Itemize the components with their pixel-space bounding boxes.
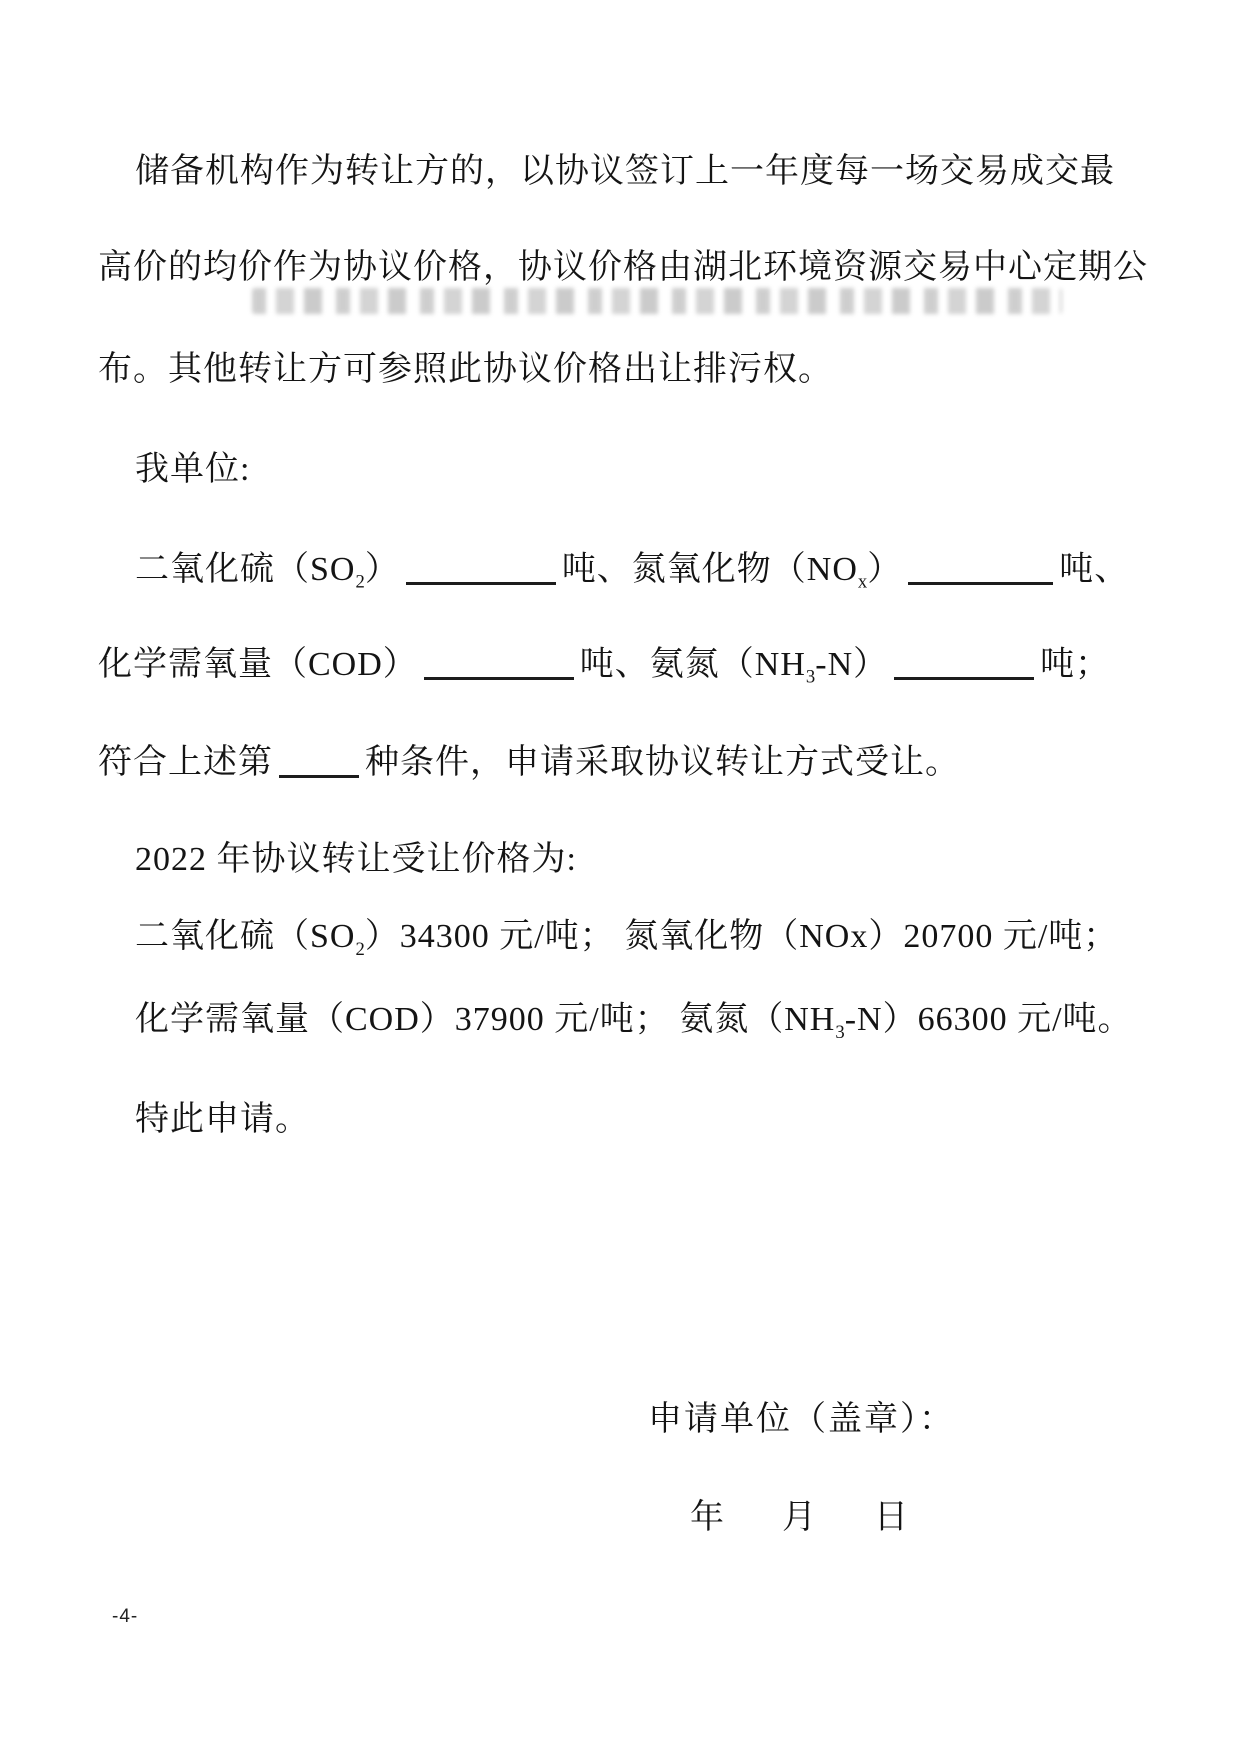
so2-subscript: 2 — [355, 572, 364, 593]
quota-nox-paren: ） — [867, 551, 902, 588]
quota-so2-paren: ） — [365, 551, 400, 588]
price-so2-text: 二氧化硫（SO — [135, 918, 355, 955]
closing-line: 特此申请。 — [135, 1100, 310, 1140]
price-cod-text: 化学需氧量（COD）37900 元/吨； 氨氮（NH — [135, 1001, 835, 1038]
quota-nox-text: 吨、氮氧化物（NO — [562, 551, 858, 588]
month-label: 月 — [782, 1489, 816, 1538]
paragraph1-line3: 布。其他转让方可参照此协议价格出让排污权。 — [98, 350, 833, 390]
price-so2-nox-values: ）34300 元/吨； 氮氧化物（NOx）20700 元/吨； — [365, 918, 1119, 955]
paragraph1-line1: 储备机构作为转让方的，以协议签订上一年度每一场交易成交最 — [135, 152, 1115, 192]
page-number: -4- — [112, 1606, 138, 1628]
fill-in-blank-condition-number — [279, 746, 359, 778]
fill-in-blank-cod-tons — [424, 648, 574, 680]
quota-line-so2-nox: 二氧化硫（SO2）吨、氮氧化物（NOx）吨、 — [135, 548, 1129, 590]
quota-nh3n-unit: 吨； — [1040, 646, 1110, 683]
price-line-so2-nox: 二氧化硫（SO2）34300 元/吨； 氮氧化物（NOx）20700 元/吨； — [135, 917, 1118, 957]
quota-nh3n-paren: -N） — [815, 646, 888, 683]
fill-in-blank-nh3n-tons — [894, 648, 1034, 680]
applicant-unit-seal-label: 申请单位（盖章）： — [648, 1391, 955, 1440]
quota-cod-text: 化学需氧量（COD） — [98, 646, 418, 683]
quota-line-cod-nh3n: 化学需氧量（COD）吨、氨氮（NH3-N）吨； — [98, 643, 1110, 685]
price-nh3n-values: -N）66300 元/吨。 — [845, 1001, 1133, 1038]
quota-nox-unit: 吨、 — [1059, 551, 1129, 588]
year-label: 年 — [690, 1489, 724, 1538]
paragraph1-line2: 高价的均价作为协议价格，协议价格由湖北环境资源交易中心定期公 — [98, 248, 1148, 288]
price-intro-line: 2022 年协议转让受让价格为: — [135, 840, 577, 880]
fill-in-blank-nox-tons — [908, 553, 1053, 585]
ink-bleedthrough-artifact — [252, 288, 1062, 314]
nox-subscript: x — [858, 572, 867, 593]
date-line: 年 月 日 — [690, 1489, 908, 1538]
quota-nh3n-text: 吨、氨氮（NH — [580, 646, 806, 683]
condition-line: 符合上述第种条件，申请采取协议转让方式受让。 — [98, 741, 960, 783]
quota-so2-text: 二氧化硫（SO — [135, 551, 355, 588]
paragraph2-our-unit: 我单位: — [135, 450, 250, 490]
price-nh3-subscript: 3 — [835, 1022, 844, 1043]
condition-prefix: 符合上述第 — [98, 744, 273, 781]
nh3-subscript: 3 — [806, 667, 815, 688]
price-so2-subscript: 2 — [355, 939, 364, 960]
day-label: 日 — [874, 1489, 908, 1538]
condition-suffix: 种条件，申请采取协议转让方式受让。 — [365, 744, 960, 781]
fill-in-blank-so2-tons — [406, 553, 556, 585]
scanned-document-page: 储备机构作为转让方的，以协议签订上一年度每一场交易成交最 高价的均价作为协议价格… — [0, 0, 1240, 1754]
price-line-cod-nh3n: 化学需氧量（COD）37900 元/吨； 氨氮（NH3-N）66300 元/吨。 — [135, 1000, 1133, 1040]
